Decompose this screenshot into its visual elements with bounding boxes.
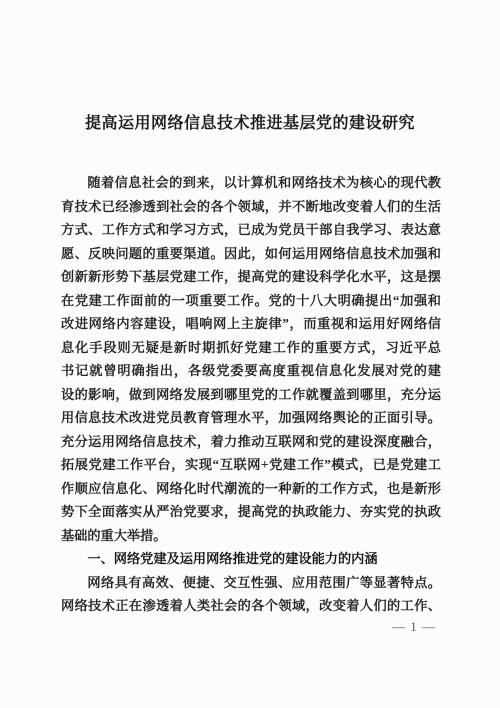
text-line: 书记就曾明确指出，各级党委要高度重视信息化发展对党的建 <box>61 359 441 383</box>
page-number: — 1 — <box>392 619 436 635</box>
text-line: 创新新形势下基层党建工作，提高党的建设科学化水平，这是摆 <box>61 265 441 289</box>
text-line: 息化手段则无疑是新时期抓好党建工作的重要方式，习近平总 <box>61 336 441 360</box>
text-line: 改进网络内容建设，唱响网上主旋律”，而重视和运用好网络信 <box>61 312 441 336</box>
text-line: 用信息技术改进党员教育管理水平，加强网络舆论的正面引导。 <box>61 406 441 430</box>
text-line: 在党建工作面前的一项重要工作。党的十八大明确提出“加强和 <box>61 289 441 313</box>
text-line: 基础的重大举措。 <box>61 524 441 548</box>
section-heading-line: 一、网络党建及运用网络推进党的建设能力的内涵 <box>61 547 441 571</box>
document-page: 提高运用网络信息技术推进基层党的建设研究 随着信息社会的到来，以计算机和网络技术… <box>0 0 500 708</box>
text-line: 网络技术正在渗透着人类社会的各个领域，改变着人们的工作、 <box>61 594 441 618</box>
text-line: 拓展党建工作平台，实现“互联网+党建工作”模式，已是党建工 <box>61 453 441 477</box>
text-line: 充分运用网络信息技术，着力推动互联网和党的建设深度融合， <box>61 430 441 454</box>
text-line: 随着信息社会的到来，以计算机和网络技术为核心的现代教 <box>61 171 441 195</box>
document-title: 提高运用网络信息技术推进基层党的建设研究 <box>0 110 500 133</box>
text-line: 作顺应信息化、网络化时代潮流的一种新的工作方式，也是新形 <box>61 477 441 501</box>
text-line: 势下全面落实从严治党要求，提高党的执政能力、夯实党的执政 <box>61 500 441 524</box>
text-line: 育技术已经渗透到社会的各个领域，并不断地改变着人们的生活 <box>61 195 441 219</box>
text-line: 设的影响，做到网络发展到哪里党的工作就覆盖到哪里，充分运 <box>61 383 441 407</box>
text-line: 愿、反映问题的重要渠道。因此，如何运用网络信息技术加强和 <box>61 242 441 266</box>
text-line: 网络具有高效、便捷、交互性强、应用范围广等显著特点。 <box>61 571 441 595</box>
text-line: 方式、工作方式和学习方式，已成为党员干部自我学习、表达意 <box>61 218 441 242</box>
document-body: 随着信息社会的到来，以计算机和网络技术为核心的现代教育技术已经渗透到社会的各个领… <box>61 171 441 618</box>
